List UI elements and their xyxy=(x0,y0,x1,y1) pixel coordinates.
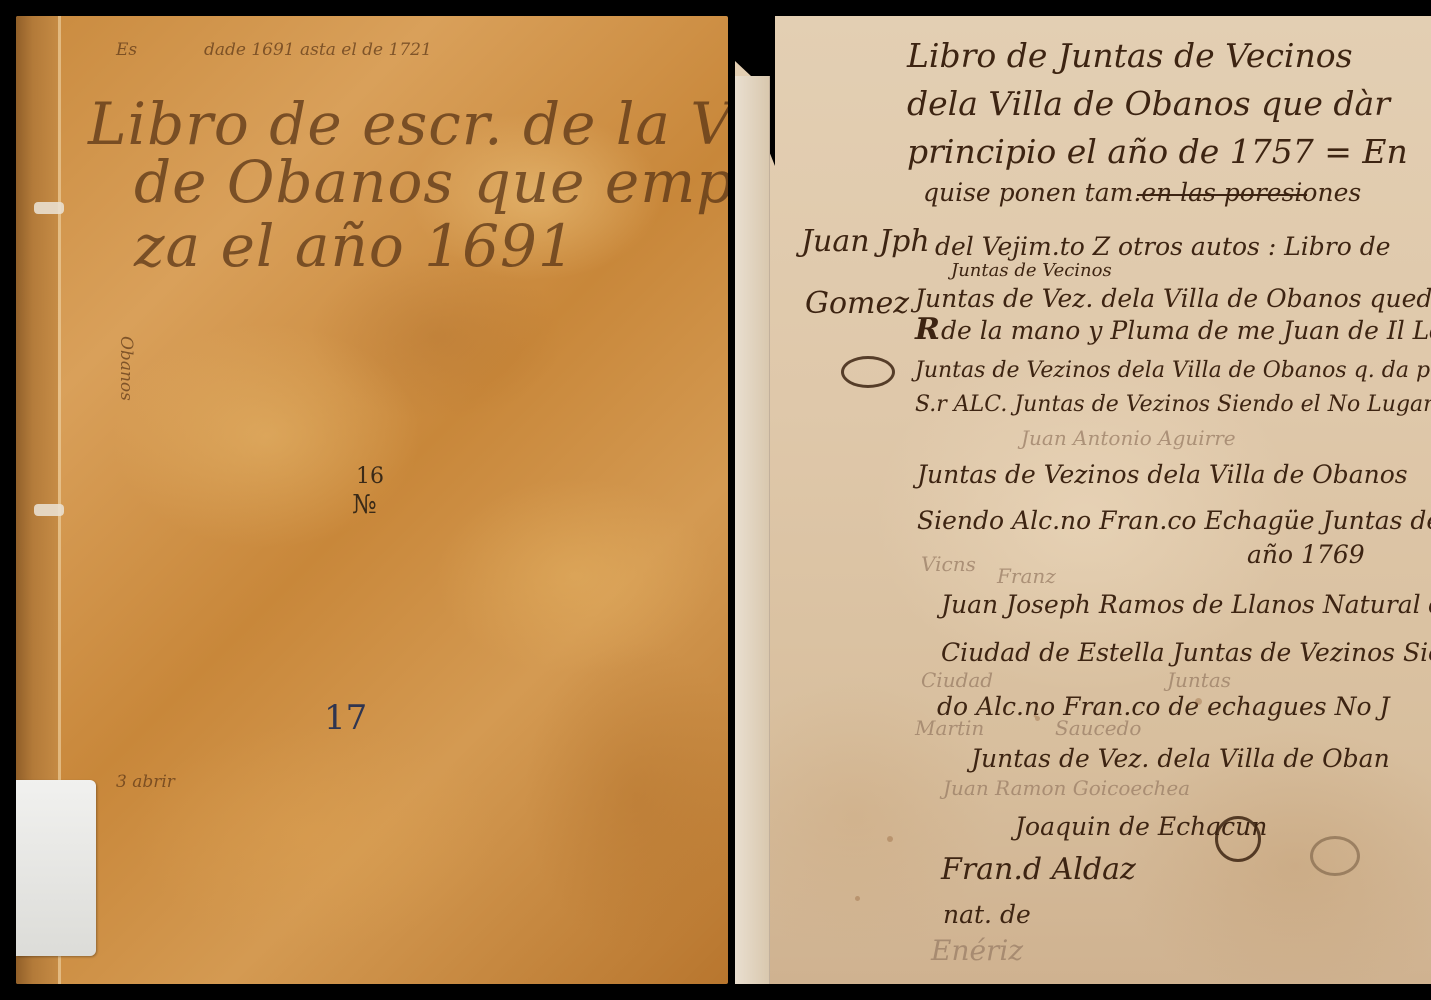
entry-9: Siendo Alc.no Fran.co Echagüe Juntas de … xyxy=(917,506,1431,535)
entry-15: Juan Ramon Goicoechea xyxy=(943,776,1190,800)
binding-thread-top xyxy=(34,202,64,214)
manuscript-title-page: Libro de Juntas de Vecinos dela Villa de… xyxy=(735,16,1431,984)
page-gutter xyxy=(735,76,770,984)
entry-10: año 1769 xyxy=(1247,540,1365,569)
entry-4: de la mano y Pluma de me Juan de Il Ldo xyxy=(941,316,1431,345)
cover-center-mark: 16 xyxy=(356,464,384,489)
library-label-sticker xyxy=(16,780,96,956)
cover-top-note: dade 1691 asta el de 1721 xyxy=(204,40,432,60)
binding-thread-bottom xyxy=(34,504,64,516)
faint-annotation-2: Vicns xyxy=(921,552,976,576)
entry-7: Juan Antonio Aguirre xyxy=(1021,426,1236,450)
cover-top-note-prefix: Es xyxy=(116,40,137,60)
margin-name-1: Juan Jph xyxy=(801,224,930,259)
entry-5: Juntas de Vezinos dela Villa de Obanos q… xyxy=(915,358,1431,383)
faint-annotation-3: Franz xyxy=(997,564,1056,588)
entry-13: do Alc.no Fran.co de echagues No J xyxy=(937,692,1389,721)
entry-3: Juntas de Vez. dela Villa de Obanos qued… xyxy=(915,284,1431,313)
faint-annotation-6: Martin xyxy=(915,716,984,740)
entry-18: nat. de xyxy=(943,900,1031,929)
cover-center-mark-lower: № xyxy=(352,490,377,520)
heading-line-1: Libro de Juntas de Vecinos xyxy=(907,36,1353,75)
signature-flourish-1 xyxy=(1215,816,1261,862)
cover-lower-mark: 17 xyxy=(324,698,367,738)
margin-flourish xyxy=(841,356,895,388)
entry-19: Enériz xyxy=(931,934,1023,967)
cover-title-line-3: za el año 1691 xyxy=(134,212,576,280)
entry-17: Fran.d Aldaz xyxy=(941,852,1136,887)
foxing-spot xyxy=(855,896,860,901)
entry-2: Juntas de Vecinos xyxy=(951,260,1112,281)
entry-12: Ciudad de Estella Juntas de Vezinos Sien xyxy=(941,638,1431,667)
cover-title-line-2: de Obanos que empie xyxy=(134,148,728,216)
signature-flourish-2 xyxy=(1310,836,1360,876)
heading-line-3: principio el año de 1757 = En xyxy=(907,132,1408,171)
entry-8: Juntas de Vezinos dela Villa de Obanos xyxy=(917,460,1408,489)
foxing-spot xyxy=(887,836,893,842)
margin-initial: R xyxy=(915,312,940,347)
faint-annotation-5: Juntas xyxy=(1167,668,1231,692)
margin-name-2: Gomez xyxy=(805,286,909,321)
heading-line-4: quise ponen tam.en las poresiones xyxy=(923,178,1361,207)
entry-14: Juntas de Vez. dela Villa de Oban xyxy=(971,744,1390,773)
cover-bottom-note: 3 abrir xyxy=(116,772,175,792)
entry-11: Juan Joseph Ramos de Llanos Natural dela xyxy=(941,590,1431,619)
foxing-spot xyxy=(1035,716,1040,721)
heading-line-2: dela Villa de Obanos que dàr xyxy=(907,84,1390,123)
cover-margin-annotation: Obanos xyxy=(116,336,136,401)
foxing-spot xyxy=(1195,698,1202,705)
faint-annotation-4: Ciudad xyxy=(921,668,993,692)
faint-annotation-7: Saucedo xyxy=(1055,716,1141,740)
entry-1: del Vejim.to Z otros autos : Libro de xyxy=(935,232,1391,261)
entry-6: S.r ALC. Juntas de Vezinos Siendo el No … xyxy=(915,392,1431,417)
vellum-cover: Es dade 1691 asta el de 1721 Libro de es… xyxy=(16,16,728,984)
